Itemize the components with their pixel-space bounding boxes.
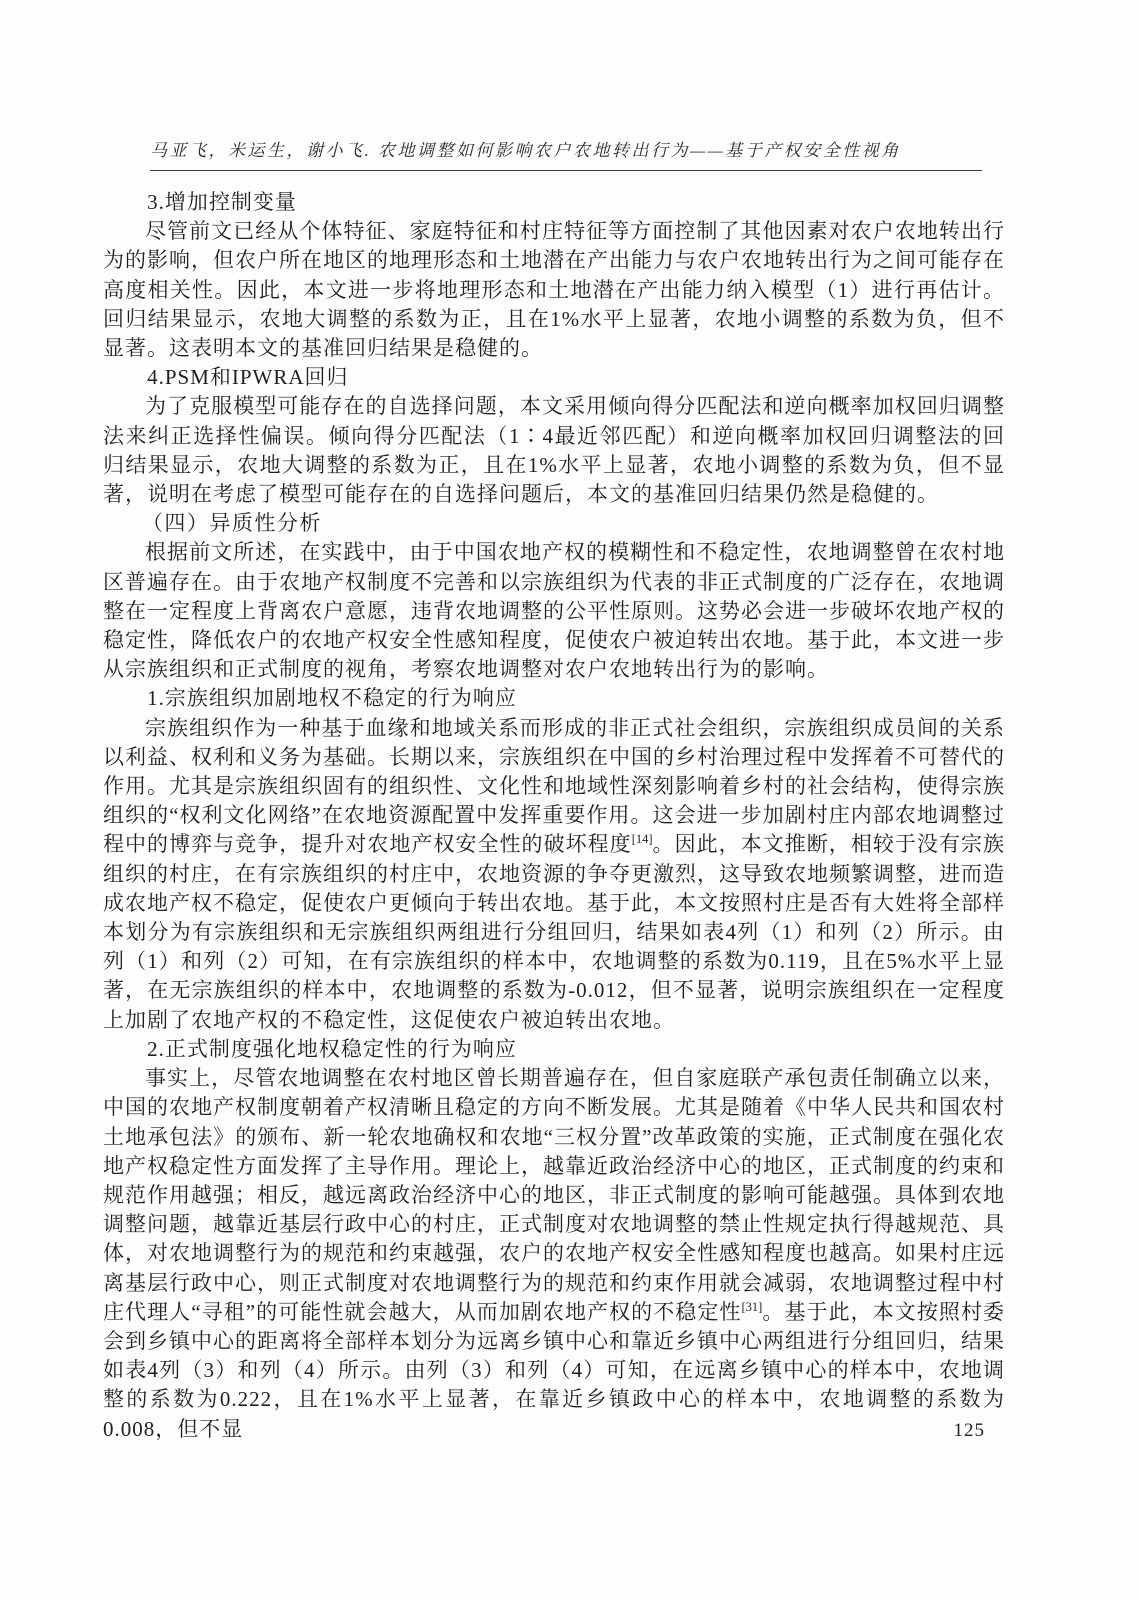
heading-clan-organization: 1.宗族组织加剧地权不稳定的行为响应 bbox=[103, 684, 1005, 713]
paragraph-formal-institutions: 事实上，尽管农地调整在农村地区曾长期普遍存在，但自家庭联产承包责任制确立以来，中… bbox=[103, 1064, 1005, 1444]
heading-heterogeneity-analysis: （四）异质性分析 bbox=[103, 509, 1005, 538]
paragraph-added-controls: 尽管前文已经从个体特征、家庭特征和村庄特征等方面控制了其他因素对农户农地转出行为… bbox=[103, 217, 1005, 363]
formal-text-before-ref: 事实上，尽管农地调整在农村地区曾长期普遍存在，但自家庭联产承包责任制确立以来，中… bbox=[103, 1066, 1005, 1324]
page-number: 125 bbox=[954, 1420, 986, 1442]
running-head: 马亚飞，米运生，谢小飞. 农地调整如何影响农户农地转出行为——基于产权安全性视角 bbox=[150, 136, 982, 171]
heading-psm-ipwra: 4.PSM和IPWRA回归 bbox=[103, 363, 1005, 392]
article-body: 3.增加控制变量 尽管前文已经从个体特征、家庭特征和村庄特征等方面控制了其他因素… bbox=[103, 188, 1005, 1444]
clan-text-after-ref: 。因此，本文推断，相较于没有宗族组织的村庄，在有宗族组织的村庄中，农地资源的争夺… bbox=[103, 832, 1005, 1031]
citation-ref-31: [31] bbox=[742, 1300, 763, 1314]
paragraph-clan-organization: 宗族组织作为一种基于血缘和地域关系而形成的非正式社会组织，宗族组织成员间的关系以… bbox=[103, 714, 1005, 1035]
paragraph-psm-ipwra: 为了克服模型可能存在的自选择问题，本文采用倾向得分匹配法和逆向概率加权回归调整法… bbox=[103, 392, 1005, 509]
citation-ref-14: [14] bbox=[632, 832, 653, 846]
heading-added-controls: 3.增加控制变量 bbox=[103, 188, 1005, 217]
heading-formal-institutions: 2.正式制度强化地权稳定性的行为响应 bbox=[103, 1035, 1005, 1064]
paper-page: 马亚飞，米运生，谢小飞. 农地调整如何影响农户农地转出行为——基于产权安全性视角… bbox=[0, 0, 1140, 1600]
paragraph-heterogeneity-intro: 根据前文所述，在实践中，由于中国农地产权的模糊性和不稳定性，农地调整曾在农村地区… bbox=[103, 538, 1005, 684]
